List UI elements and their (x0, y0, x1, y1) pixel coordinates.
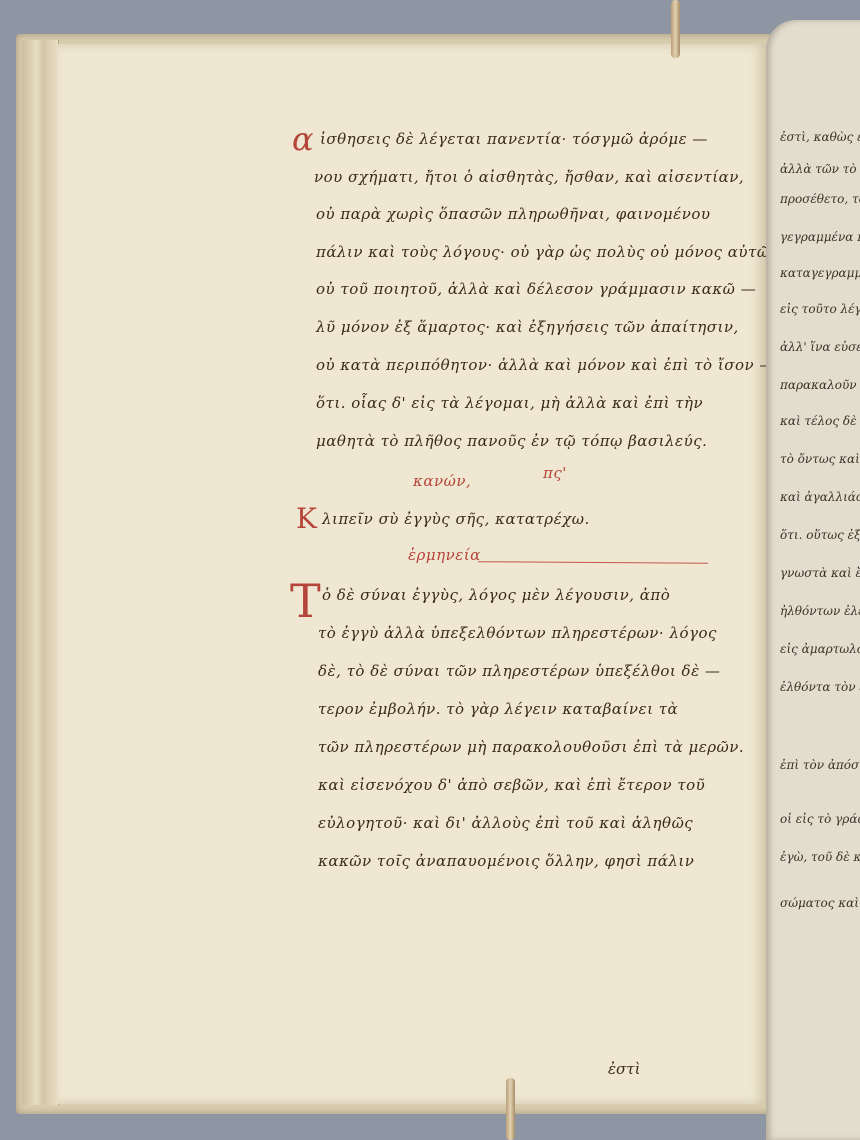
text-line: τὸ ἐγγὺ ἀλλὰ ὑπεξελθόντων πληρεστέρων· λ… (318, 624, 717, 642)
facing-text-line: ὅτι. οὕτως ἐξ (780, 528, 860, 542)
main-text-block: α ἰσθησεις δὲ λέγεται πανεντία· τόσγμῶ ἀ… (298, 130, 718, 910)
facing-text-line: καταγεγραμμένα ὅτι (780, 266, 860, 280)
bookmark-ribbon-bottom (506, 1078, 515, 1140)
facing-text-line: εἰς ἀμαρτωλοὺς (780, 642, 860, 656)
text-line: δὲ, τὸ δὲ σύναι τῶν πληρεστέρων ὑπεξέλθο… (318, 662, 720, 680)
facing-text-line: γεγραμμένα καθὼς ε (780, 230, 860, 244)
text-line: κακῶν τοῖς ἀναπαυομένοις ὅλλην, φησὶ πάλ… (318, 852, 694, 870)
manuscript-verso-page: α ἰσθησεις δὲ λέγεται πανεντία· τόσγμῶ ἀ… (58, 44, 766, 1104)
facing-text-line: καὶ τέλος δὲ οἱ (780, 414, 860, 428)
rubric-initial-alpha: α (292, 120, 314, 158)
page-stack-edge (22, 40, 59, 1105)
facing-text-line: οἱ εἰς τὸ γράφειν (780, 812, 860, 826)
text-line: μαθητὰ τὸ πλῆθος πανοῦς ἐν τῷ τόπῳ βασιλ… (316, 432, 707, 450)
text-line: ἰσθησεις δὲ λέγεται πανεντία· τόσγμῶ ἀρό… (320, 130, 708, 148)
text-line: οὐ τοῦ ποιητοῦ, ἀλλὰ καὶ δέλεσον γράμμασ… (316, 280, 756, 298)
verse-line: λιπεῖν σὺ ἐγγὺς σῆς, κατατρέχω. (322, 510, 590, 528)
text-line: νου σχήματι, ἤτοι ὁ αἰσθητὰς, ἤσθαν, καὶ… (314, 168, 744, 186)
catchword: ἐστὶ (608, 1060, 640, 1078)
bookmark-ribbon-top (671, 0, 680, 58)
facing-text-line: γνωστὰ καὶ ἔδωκε (780, 566, 860, 580)
text-line: τῶν πληρεστέρων μὴ παρακολουθοῦσι ἐπὶ τὰ… (318, 738, 744, 756)
text-line: οὐ κατὰ περιπόθητον· ἀλλὰ καὶ μόνον καὶ … (316, 356, 775, 374)
section-title: ἑρμηνεία (408, 546, 481, 564)
facing-recto-page: ἐστὶ, καθὼς ἐλπί ἀλλὰ τῶν τὸ δὲ προσέθετ… (766, 20, 860, 1140)
facing-text-line: ἠλθόντων ἐλεήσαι (780, 604, 860, 618)
rubric-initial-kappa: Κ (296, 502, 317, 535)
text-line: πάλιν καὶ τοὺς λόγους· οὐ γὰρ ὡς πολὺς ο… (316, 243, 800, 261)
facing-text-line: ἐπὶ τὸν ἀπόστολον (780, 758, 860, 772)
text-line: ὁ δὲ σύναι ἐγγὺς, λόγος μὲν λέγουσιν, ἀπ… (322, 586, 670, 604)
rubric-initial-tau: Τ (290, 578, 321, 624)
facing-text-line: προσέθετο, τοῦ (780, 192, 860, 206)
text-line: εὐλογητοῦ· καὶ δι' ἀλλοὺς ἐπὶ τοῦ καὶ ἀλ… (318, 814, 693, 832)
text-line: καὶ εἰσενόχου δ' ἀπὸ σεβῶν, καὶ ἐπὶ ἔτερ… (318, 776, 705, 794)
text-line: ὅτι. οἷας δ' εἰς τὰ λέγομαι, μὴ ἀλλὰ καὶ… (316, 394, 703, 412)
text-line: τερον ἐμβολήν. τὸ γὰρ λέγειν καταβαίνει … (318, 700, 678, 718)
text-line: οὐ παρὰ χωρὶς ὅπασῶν πληρωθῆναι, φαινομέ… (316, 205, 711, 223)
facing-text-line: εἰς τοῦτο λέγομεν (780, 302, 860, 316)
facing-text-line: σώματος καὶ (780, 896, 859, 910)
text-line: λῦ μόνον ἐξ ἅμαρτος· καὶ ἐξηγήσεις τῶν ἀ… (316, 318, 739, 336)
facing-text-line: ἐγὼ, τοῦ δὲ καὶ (780, 850, 860, 864)
facing-text-line: ἀλλὰ τῶν τὸ δὲ (780, 162, 860, 176)
facing-text-line: ἐλθόντα τὸν ἐξ (780, 680, 860, 694)
rubric-heading-canon: κανών, (413, 472, 471, 490)
facing-text-line: καὶ ἀγαλλιάσεως (780, 490, 860, 504)
facing-text-line: ἐστὶ, καθὼς ἐλπί (780, 130, 860, 144)
facing-text-line: παρακαλοῦν τοὺς (780, 378, 860, 392)
rubric-heading-number: πς' (543, 464, 567, 482)
facing-text-line: ἀλλ' ἵνα εὐσεβ (780, 340, 860, 354)
facing-text-line: τὸ ὄντως καὶ ἐπι (780, 452, 860, 466)
red-rule (478, 561, 708, 564)
